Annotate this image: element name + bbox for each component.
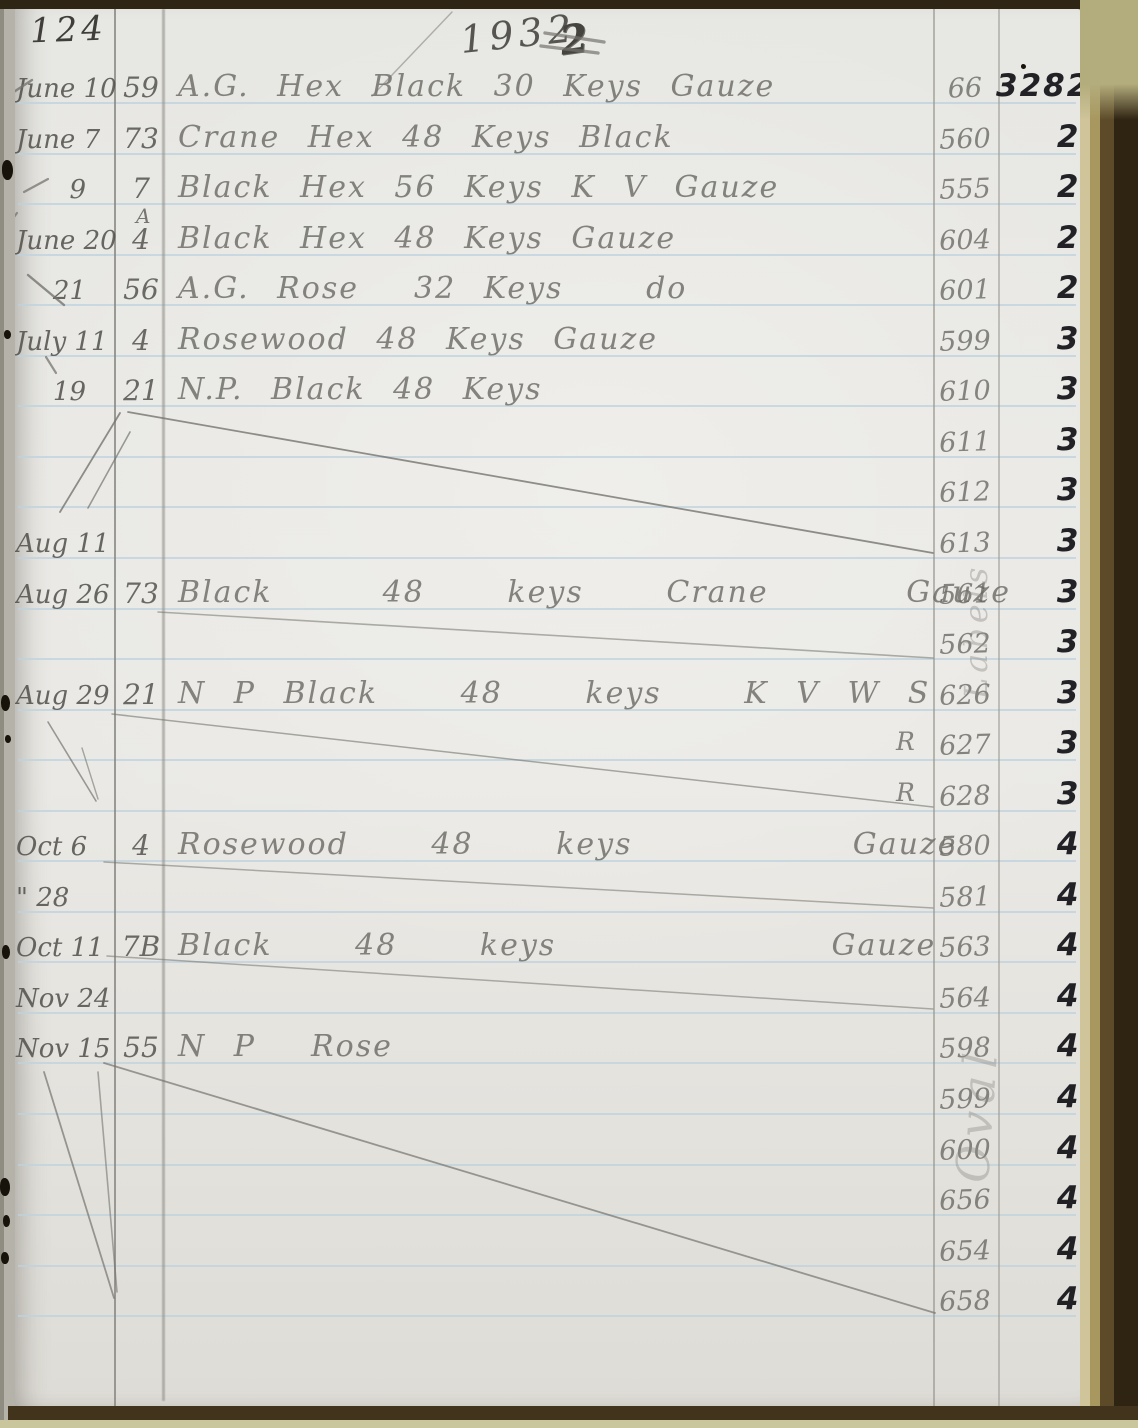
serial-number: 580 (931, 832, 1000, 861)
scan-background-corner (1080, 0, 1138, 120)
entry-date: Nov 24 (16, 986, 112, 1012)
book-bottom-edge (8, 1406, 1138, 1421)
serial-number: 627 (931, 731, 1000, 760)
ink-speck (1, 1252, 9, 1264)
ink-speck (4, 330, 11, 339)
ledger-row: Oct 117BBlack 48 keys Gauze56342 (0, 918, 1138, 962)
entry-date: Aug 11 (16, 531, 112, 557)
book-right-edge (1080, 0, 1138, 1428)
entry-quantity: 7 (114, 175, 168, 203)
ledger-row: July 114Rosewood 48 Keys Gauze59930 (0, 312, 1138, 356)
entry-description: Black 48 keys Crane Gauze (178, 578, 1011, 608)
ledger-row: Oct 64Rosewood 48 keys Gauze58040 (0, 817, 1138, 861)
ledger-row: R62839 (0, 767, 1138, 811)
entry-date: June 10 (16, 76, 112, 102)
serial-number: 601 (931, 276, 1000, 305)
serial-number: 658 (931, 1287, 1000, 1316)
entry-date: Aug 29 (16, 683, 112, 709)
ink-speck (1, 695, 10, 711)
entry-quantity: 21 (114, 377, 168, 405)
entry-description: Black 48 keys Gauze (178, 931, 936, 961)
scanned-ledger-photo: { "document": { "type_label": "Handwritt… (0, 0, 1138, 1428)
serial-number: 599 (931, 327, 1000, 356)
ink-speck (2, 160, 13, 180)
entry-description: N P Rose (178, 1032, 393, 1062)
serial-number: 560 (931, 124, 1000, 153)
entry-date: Nov 15 (16, 1036, 112, 1062)
ledger-row: 61233 (0, 463, 1138, 507)
ledger-row: June 773Crane Hex 48 Keys Black56026 (0, 110, 1138, 154)
entry-description: A.G. Rose 32 Keys do (178, 274, 687, 304)
entry-quantity: 59 (114, 74, 168, 102)
serial-number: 555 (931, 175, 1000, 204)
entry-date: " 28 (16, 885, 112, 911)
ink-speck (0, 1178, 10, 1196)
ledger-row: June 1059A.G. Hex Black 30 Keys Gauze663… (0, 59, 1138, 103)
serial-number: 610 (931, 377, 1000, 406)
serial-number: 604 (931, 225, 1000, 254)
serial-number: 66 (931, 74, 1000, 103)
book-top-edge (0, 0, 1138, 9)
entry-description: N.P. Black 48 Keys (178, 375, 543, 405)
ledger-row: 65849 (0, 1272, 1138, 1316)
entry-description: Rosewood 48 keys Gauze (178, 830, 958, 860)
entry-quantity: 73 (114, 580, 168, 608)
entry-date: Oct 6 (16, 834, 112, 860)
entry-quantity: 4 (114, 832, 168, 860)
serial-prefix: R (896, 780, 928, 805)
entry-date: 9 (16, 177, 112, 203)
serial-prefix: R (896, 729, 928, 754)
entry-quantity: 55 (114, 1034, 168, 1062)
page-number: 124 (29, 9, 107, 52)
scan-background-bottom (0, 1420, 1138, 1428)
entry-description: Crane Hex 48 Keys Black (178, 123, 674, 153)
entry-quantity: 21 (114, 681, 168, 709)
ledger-row: 61132 (0, 413, 1138, 457)
ledger-row: 2156A.G. Rose 32 Keys do60129 (0, 261, 1138, 305)
entry-description: Black Hex 56 Keys K V Gauze (178, 173, 779, 203)
entry-date: 21 (16, 278, 112, 304)
serial-number: 611 (931, 428, 1000, 457)
ink-speck (2, 945, 10, 959)
ink-speck (5, 735, 11, 743)
serial-number: 654 (931, 1236, 1000, 1265)
entry-description: Rosewood 48 Keys Gauze (178, 325, 658, 355)
margin-note-labels: Labels (957, 529, 995, 699)
ledger-row: 97ABlack Hex 56 Keys K V Gauze55527 (0, 160, 1138, 204)
book-gutter-edge (0, 9, 15, 1421)
entry-quantity: 4 (114, 327, 168, 355)
ink-speck (1021, 64, 1026, 69)
entry-date: Oct 11 (16, 935, 112, 961)
ledger-row: " 2858141 (0, 868, 1138, 912)
entry-description: Black Hex 48 Keys Gauze (178, 224, 676, 254)
ledger-row: 65448 (0, 1222, 1138, 1266)
entry-quantity: 73 (114, 125, 168, 153)
entry-description: A.G. Hex Black 30 Keys Gauze (178, 72, 775, 102)
serial-number: 612 (931, 478, 1000, 507)
entry-date: July 11 (16, 329, 112, 355)
entry-description: N P Black 48 keys K V W S (178, 679, 930, 709)
ledger-row: R62738 (0, 716, 1138, 760)
ledger-row: June 204Black Hex 48 Keys Gauze60428 (0, 211, 1138, 255)
entry-date: 19 (16, 379, 112, 405)
entry-date: Aug 26 (16, 582, 112, 608)
serial-number: 656 (931, 1186, 1000, 1215)
entry-date: June 7 (16, 127, 112, 153)
ledger-row: 1921N.P. Black 48 Keys61031 (0, 362, 1138, 406)
entry-quantity: 56 (114, 276, 168, 304)
serial-number: 628 (931, 782, 1000, 811)
serial-number: 581 (931, 883, 1000, 912)
ink-speck (3, 1215, 10, 1227)
entry-quantity: 4 (114, 226, 168, 254)
entry-quantity: 7B (114, 933, 168, 961)
serial-number: 563 (931, 933, 1000, 962)
entry-date: June 20 (16, 228, 112, 254)
